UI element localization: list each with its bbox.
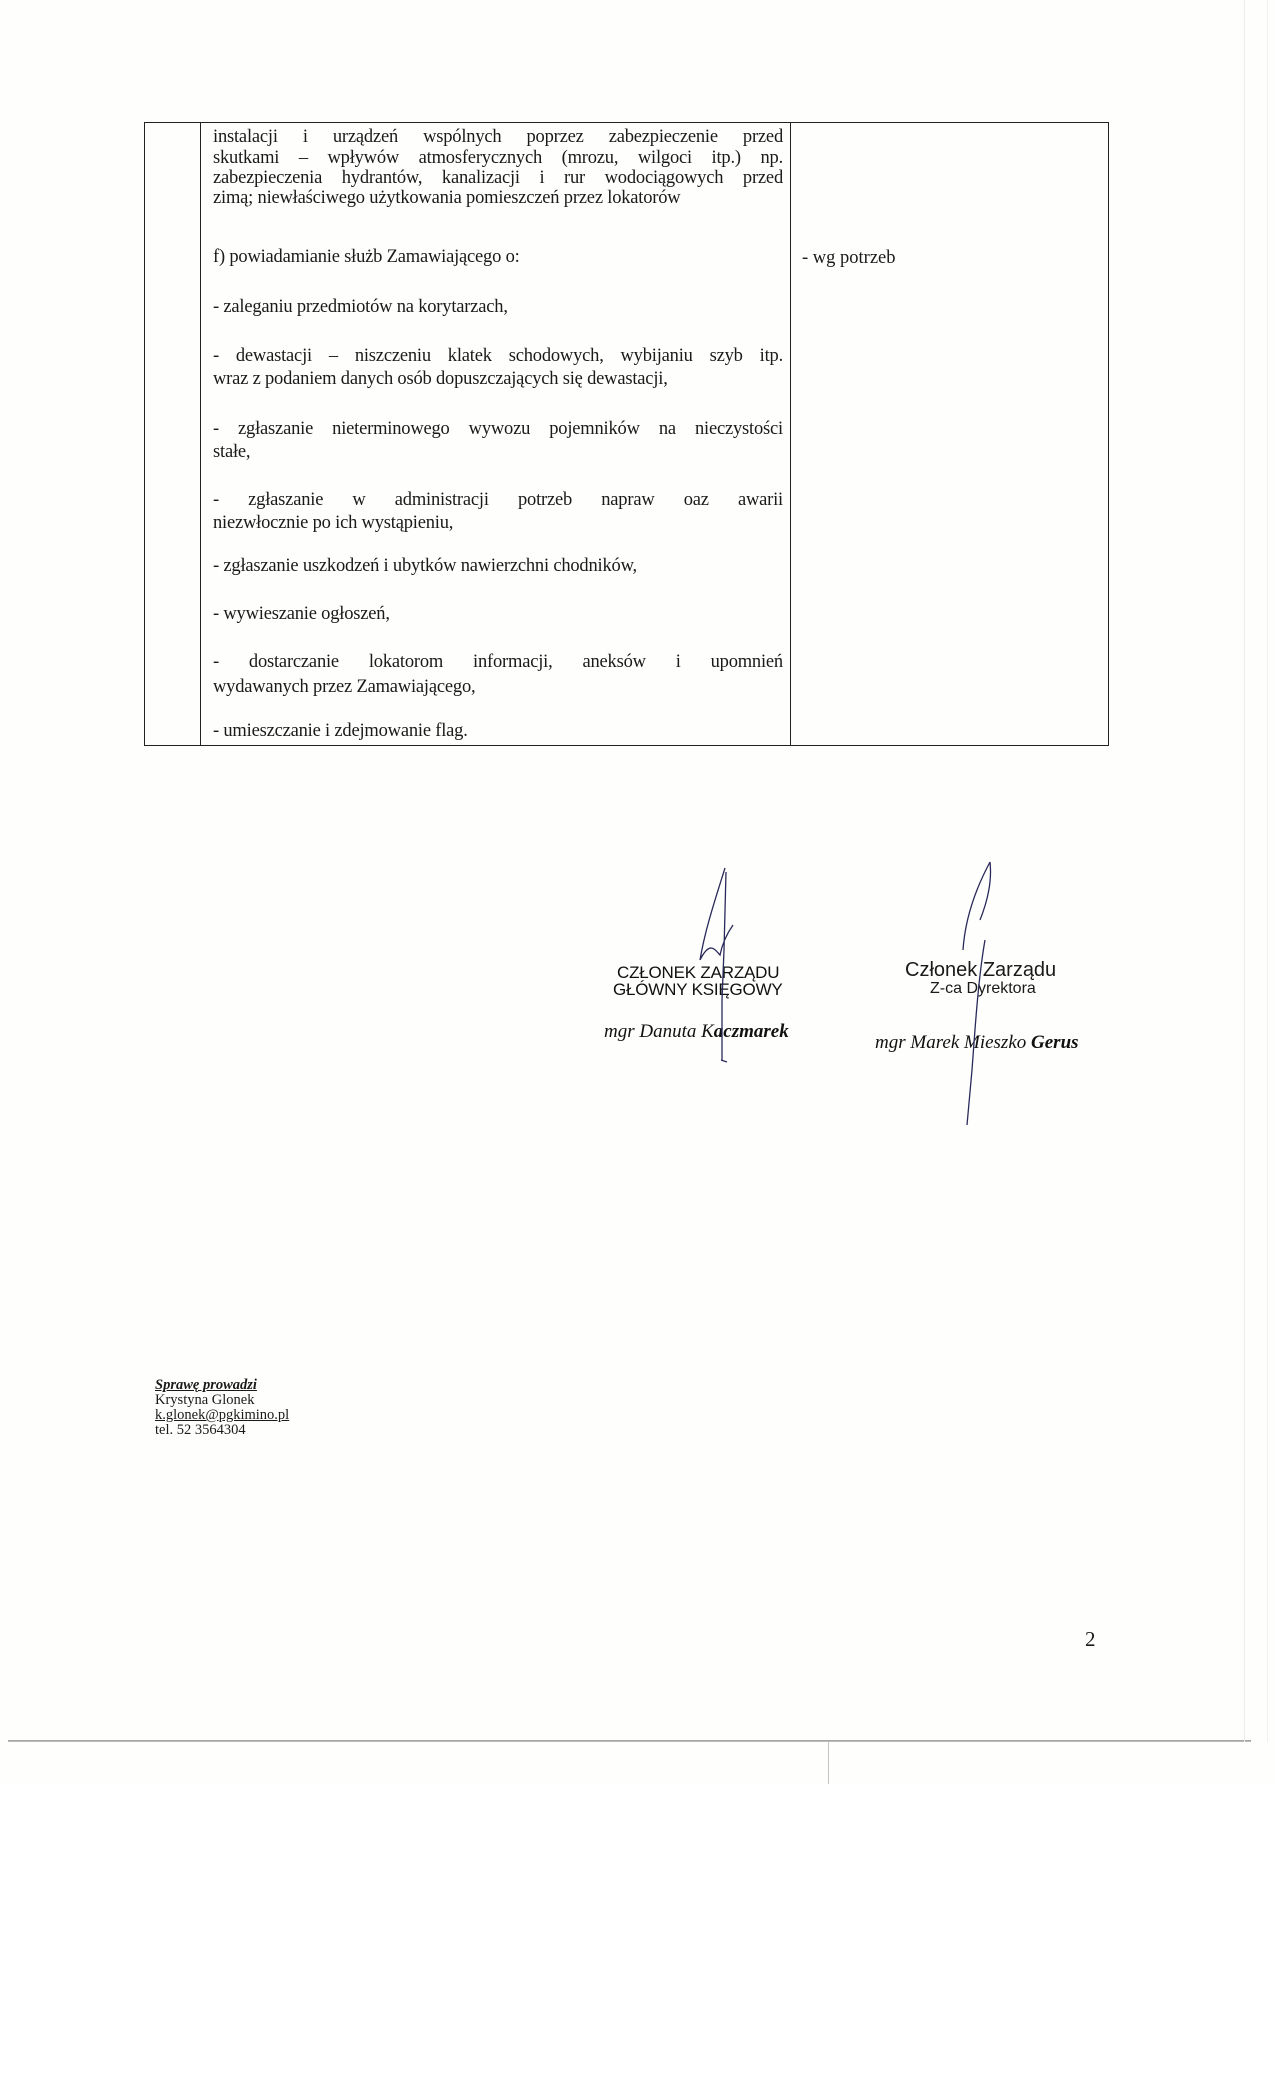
signature-stroke-icon: [0, 0, 1275, 1200]
contact-email-link[interactable]: k.glonek@pgkimino.pl: [155, 1408, 289, 1423]
contact-info: Sprawę prowadzi Krystyna Glonek k.glonek…: [155, 1378, 289, 1438]
scan-edge-line: [8, 1740, 1251, 1742]
contact-header: Sprawę prowadzi: [155, 1378, 289, 1393]
contact-name: Krystyna Glonek: [155, 1393, 289, 1408]
contact-phone: tel. 52 3564304: [155, 1423, 289, 1438]
page-number: 2: [1085, 1627, 1096, 1652]
scan-edge-line: [828, 1742, 829, 1784]
